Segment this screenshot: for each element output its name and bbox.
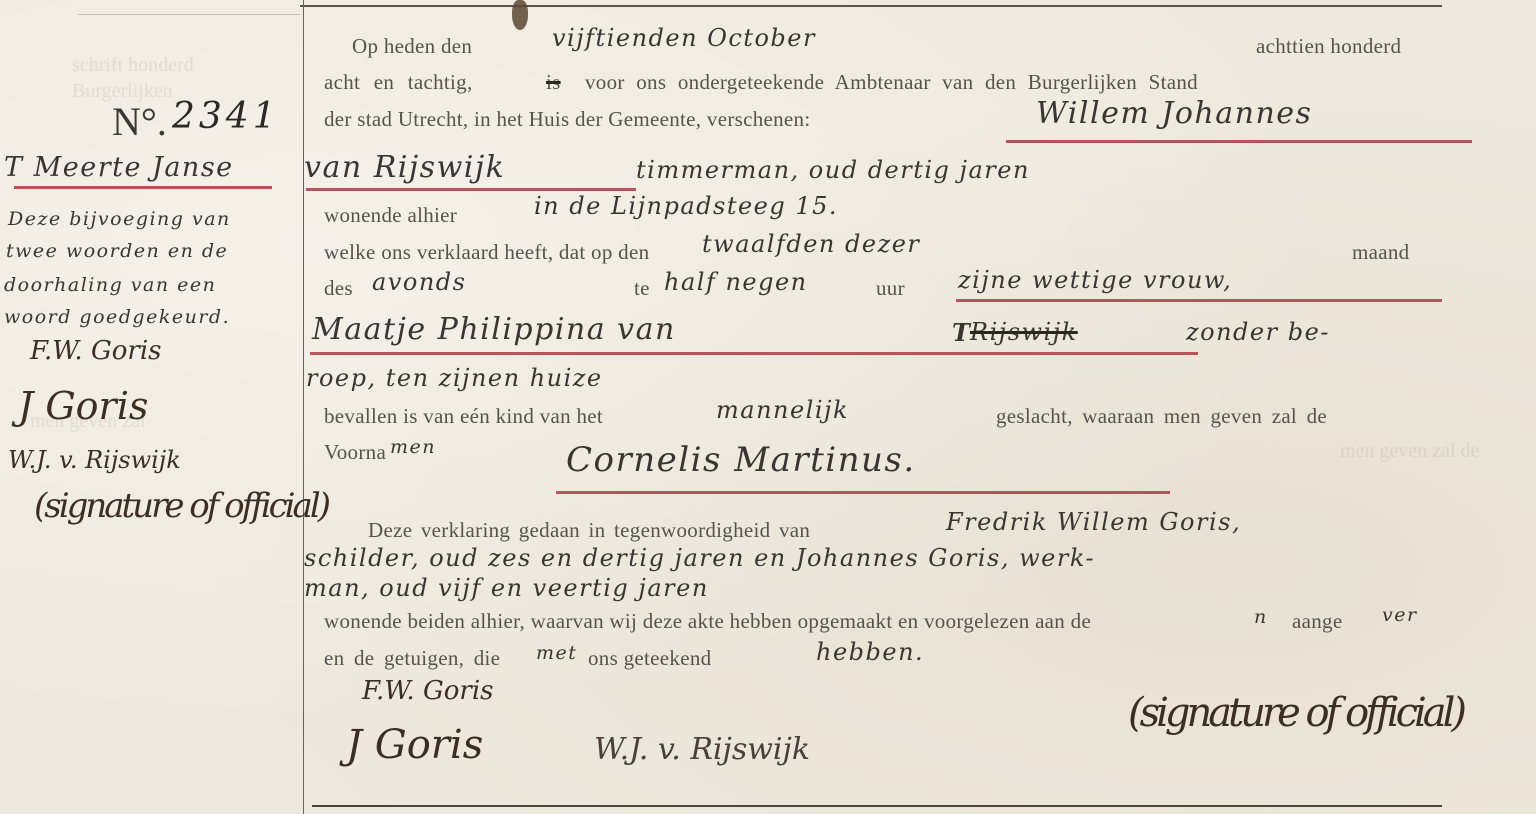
- print-text: geslacht, waaraan men geven zal de: [996, 404, 1327, 429]
- print-text: wonende beiden alhier, waarvan wij deze …: [324, 609, 1091, 634]
- handwritten-occupation-age: timmerman, oud dertig jaren: [636, 156, 1030, 184]
- red-underline: [310, 352, 1198, 355]
- handwritten-date: vijftienden October: [552, 24, 816, 52]
- print-text: voor ons ondergeteekende Ambtenaar van d…: [585, 70, 1198, 95]
- signature-witness-2: J Goris: [346, 722, 483, 768]
- handwritten-child-name: Cornelis Martinus.: [566, 440, 916, 480]
- print-text: wonende alhier: [324, 203, 457, 228]
- margin-top-rule: [78, 14, 300, 15]
- bleed-through-text: men geven zal de: [1340, 440, 1479, 463]
- handwritten-witness-2-age: man, oud vijf en veertig jaren: [304, 574, 709, 602]
- margin-signature: F.W. Goris: [30, 336, 161, 366]
- handwritten-suffix: men: [390, 436, 436, 458]
- record-number: 2341: [172, 96, 280, 137]
- margin-signature: W.J. v. Rijswijk: [8, 446, 181, 474]
- handwritten-father-surname: van Rijswijk: [304, 150, 505, 185]
- print-text: Deze verklaring gedaan in tegenwoordighe…: [368, 518, 810, 543]
- red-underline: [956, 299, 1442, 302]
- insert-mark: T: [952, 318, 971, 347]
- bleed-through-text: schrift honderd: [72, 54, 194, 77]
- margin-signature: (signature of official): [34, 486, 328, 526]
- print-text: des: [324, 276, 353, 301]
- margin-note-line: woord goedgekeurd.: [4, 306, 230, 328]
- red-underline: [1006, 140, 1472, 143]
- red-underline: [306, 188, 636, 191]
- handwritten-insert: met: [536, 642, 577, 664]
- handwritten-insert: n: [1254, 606, 1268, 628]
- red-underline: [14, 186, 272, 189]
- margin-signature: J Goris: [18, 384, 148, 428]
- signature-official: (signature of official): [1128, 690, 1463, 736]
- margin-note-line: twee woorden en de: [6, 240, 228, 262]
- handwritten-mother-name: Maatje Philippina van: [312, 312, 676, 347]
- struck-word: is: [546, 70, 561, 95]
- handwritten-sex: mannelijk: [716, 396, 849, 424]
- signature-witness-1: F.W. Goris: [362, 676, 493, 706]
- handwritten-relation: zijne wettige vrouw,: [958, 266, 1232, 294]
- handwritten-address: in de Lijnpadsteeg 15.: [534, 192, 838, 220]
- struck-surname: Rijswijk: [970, 318, 1078, 346]
- print-text: ons geteekend: [588, 646, 711, 671]
- print-text: acht en tachtig,: [324, 70, 473, 95]
- handwritten-witness-1: Fredrik Willem Goris,: [946, 508, 1241, 536]
- print-text: en de getuigen, die: [324, 646, 500, 671]
- print-text: aange: [1292, 609, 1342, 634]
- handwritten-insert: hebben.: [816, 638, 924, 666]
- bottom-rule: [312, 805, 1442, 807]
- margin-name-correction: T Meerte Janse: [4, 152, 234, 183]
- print-text: welke ons verklaard heeft, dat op den: [324, 240, 649, 265]
- print-text: Voorna: [324, 440, 386, 465]
- handwritten-insert: ver: [1382, 604, 1418, 626]
- print-text: maand: [1352, 240, 1409, 265]
- document-page: schrift honderd Burgerlijken men geven z…: [0, 0, 1536, 814]
- top-rule: [300, 5, 1442, 7]
- red-underline: [556, 491, 1170, 494]
- handwritten-time-of-day: avonds: [372, 268, 466, 296]
- record-number-label: N°.: [112, 98, 167, 145]
- print-text: der stad Utrecht, in het Huis der Gemeen…: [324, 107, 811, 132]
- signature-declarant: W.J. v. Rijswijk: [594, 732, 810, 767]
- print-text: uur: [876, 276, 905, 301]
- handwritten-birth-date: twaalfden dezer: [702, 230, 920, 258]
- margin-note-line: doorhaling van een: [4, 274, 216, 296]
- ink-stain: [512, 0, 528, 30]
- margin-divider: [303, 0, 304, 814]
- margin-note-line: Deze bijvoeging van: [8, 208, 231, 230]
- handwritten-hour: half negen: [664, 268, 808, 296]
- print-text: bevallen is van eén kind van het: [324, 404, 603, 429]
- print-text: Op heden den: [352, 34, 472, 59]
- print-text: achttien honderd: [1256, 34, 1401, 59]
- handwritten-father-name: Willem Johannes: [1036, 96, 1312, 131]
- print-text: te: [634, 276, 650, 301]
- handwritten-place: roep, ten zijnen huize: [306, 364, 603, 392]
- handwritten-witness-details: schilder, oud zes en dertig jaren en Joh…: [304, 544, 1095, 572]
- handwritten-occupation: zonder be-: [1186, 318, 1330, 346]
